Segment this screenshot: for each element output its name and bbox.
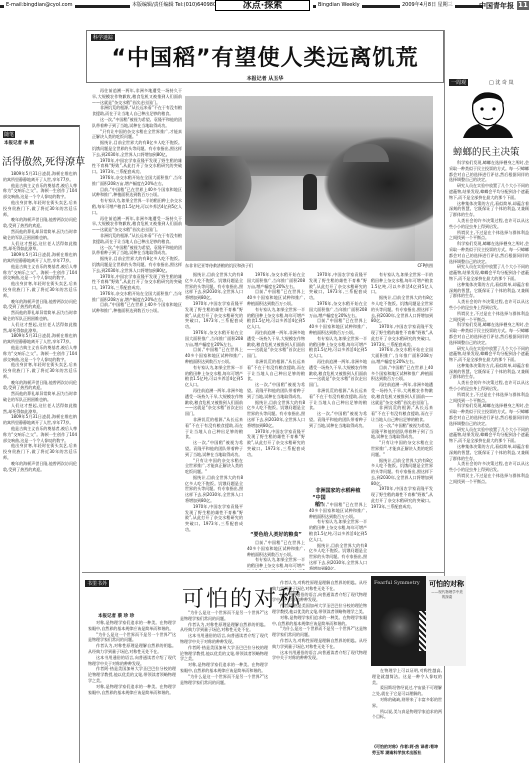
header-date: 2009年4月8日 星期三 [400, 2, 455, 8]
paragraph: 晚年的海顿声誉日隆,他曾两次访问伦敦,受到了热烈的欢迎。 [3, 217, 77, 229]
paragraph: 对称,是物理学家们追求的一种美。在物理学家眼中,自然界的基本规律应该是简单而和谐… [88, 684, 176, 696]
paragraph: 再往前追溯一两年,非洲多地遭受一场持久干旱,大规模农作物歉收,粮食危机又被推到人… [185, 388, 243, 417]
paragraph: 再往前追溯一两年,非洲多地遭受一场持久干旱,大规模农作物歉收,粮食危机又被推到人… [92, 216, 182, 233]
header-editor: 本版编辑/责任编辑 Tel:(010)64098041 [130, 2, 225, 8]
paragraph: 然而他的葬礼却异常简单,因为当时拿破仑的军队正围困维也纳。 [3, 310, 77, 322]
paragraph: 1970年,中国农学家袁隆平发现了野生稻的雄性不育株“野败”,从此打开了杂交水稻… [92, 158, 182, 175]
paragraph: 作者认为,对称性原理是理解自然界的钥匙。从经典力学到量子场论,对称性无处不在。 [88, 643, 176, 655]
paragraph: 1976年,杂交水稻开始在全国大面积推广,当年推广面积208万亩,增产幅度在20… [309, 301, 367, 318]
book-caption: 《可怕的对称》作者:阿·热 译者:荀坤 劳玉军 湖南科学技术出版社 [372, 744, 442, 755]
main-photo [185, 96, 433, 261]
newspaper-logo: 中国青年报 [479, 1, 514, 11]
right-column-tag: 一周观 [449, 79, 468, 86]
paragraph: 据统计,目前全世界大约有8亿多人吃不饱饭。饥饿问题是全世界的头等问题。有专家指出… [247, 400, 305, 429]
photo-credit: CFP供图 [417, 263, 433, 269]
paragraph: 1809年5月31日凌晨,海顿在维也纳的寓所里静静地离开了人世,享年77岁。 [3, 171, 77, 183]
subhead-2: 非洲国家的水稻种植 [309, 487, 367, 494]
paragraph: 目前,“中国稻”已在世界上40多个国家和地区试种和推广,种植面积达到数百万公顷。 [92, 187, 182, 199]
paragraph: 有专家认为,如果全世界一半的稻田种上杂交水稻,每年可增产粮食1.5亿吨,可以多养… [309, 336, 367, 359]
paragraph: 这种集体决策的方式,看似简单,却蕴含着深刻的智慧。它既保证了个体的利益,又兼顾了… [449, 201, 529, 218]
paragraph: 目前,“中国稻”已在世界上40多个国家和地区试种和推广,种植面积达到数百万公顷。 [247, 289, 305, 306]
paragraph: 晚年的海顿声誉日隆,他曾两次访问伦敦,受到了热烈的欢迎。 [3, 299, 77, 311]
body-column-2: 1976年,杂交水稻开始在全国大面积推广,当年推广面积208万亩,增产幅度在20… [247, 272, 305, 508]
paragraph: 1809年5月31日凌晨,海顿在维也纳的寓所里静静地离开了人世,享年77岁。 [3, 414, 77, 426]
main-headline: “中国稻”有望使人类远离饥荒 [87, 41, 443, 72]
main-lead-column: 再往前追溯一两年,非洲多地遭受一场持久干旱,大规模农作物歉收,粮食危机又被推到人… [92, 88, 182, 568]
paragraph: 所以说,美与真是物理学家追求的两个目标。 [372, 709, 442, 721]
paragraph: 然而他的葬礼却异常简单,因为当时拿破仑的军队正围困维也纳。 [3, 391, 77, 403]
bottom-column-4: 在物理学上可以证明,对称性越高,理论就越简洁。这是一种令人惊叹的美。 爱因斯坦曾… [372, 668, 442, 740]
bottom-story-byline: 本报记者 蔡 珍 珍 [98, 613, 134, 619]
paragraph: 他是古典主义音乐的奠基者,被后人尊称为“交响乐之父”。海顿一生创作了104部交响… [3, 264, 77, 281]
paragraph: 他出身贫寒,年轻时在街头卖艺,后来投身贵族门下,做了将近30年的宫廷乐师。 [3, 200, 77, 217]
left-rail-body: 1809年5月31日凌晨,海顿在维也纳的寓所里静静地离开了人世,享年77岁。 他… [3, 171, 77, 761]
paragraph: “为什么是这一个世界而不是另一个世界?”这是物理学家们常问的问题。 [180, 674, 268, 686]
paragraph: 对称的破缺,则带来了丰富多彩的世界。 [372, 697, 442, 709]
paragraph: 1809年5月31日凌晨,海顿在维也纳的寓所里静静地离开了人世,享年77岁。 [3, 252, 77, 264]
paragraph: 所谓民主,不过是在个体选择与群体利益之间找到一个平衡点。 [449, 230, 529, 242]
bottom-column-3: 作者认为,对称性原理是理解自然界的钥匙。从经典力学到量子场论,对称性无处不在。 … [272, 580, 367, 763]
paragraph: 爱因斯坦曾经说过,宇宙最不可理解之处,就在于它是可以理解的。 [372, 685, 442, 697]
paragraph: 人们这才想起,这位老人活得如此傲然,却死得如此潦草。 [3, 322, 77, 334]
paragraph: 作者认为,对称性原理是理解自然界的钥匙。从经典力学到量子场论,对称性无处不在。 [180, 622, 268, 634]
section-title: 冰点·探索 [215, 0, 310, 11]
left-rail-tag: 随笔 [3, 131, 15, 138]
paragraph: 目前,“中国稻”已在世界上40多个国家和地区试种和推广,种植面积达到数百万公顷。 [92, 302, 182, 314]
body-column-2b: 目前,“中国稻”已在世界上40多个国家和地区试种和推广,种植面积达到数百万公顷。… [247, 540, 305, 570]
book-cover-art [379, 606, 421, 648]
header-english-title: Bingdian Weekly [316, 2, 362, 8]
paragraph: 他出身贫寒,年轻时在街头卖艺,后来投身贵族门下,做了将近30年的宫廷乐师。 [3, 362, 77, 379]
paragraph: “只有让中国的杂交水稻在全世界推广,才能真正解决人类的吃饭问题。” [92, 129, 182, 141]
photo-crowd-left [185, 156, 255, 226]
paragraph: 这本书用通俗的语言,向普通读者介绍了现代物理学中关于对称的种种发现。 [180, 633, 268, 645]
photo-caption-row: 东非肯尼亚等待救济粮的饥民和孩子们 CFP供图 [185, 263, 433, 269]
paragraph: 有专家认为,如果全世界一半的稻田种上杂交水稻,每年可增产粮食1.5亿吨,可以多养… [185, 365, 243, 388]
paragraph: 有专家认为,如果全世界一半的稻田种上杂交水稻,每年可增产粮食1.5亿吨,可以多养… [247, 557, 305, 570]
paragraph: 所谓民主,不过是在个体选择与群体利益之间找到一个平衡点。 [449, 473, 529, 485]
paragraph: 据统计,目前全世界大约有8亿多人吃不饱饭。饥饿问题是全世界的头等问题。有专家指出… [92, 140, 182, 157]
paragraph: 据统计,目前全世界大约有8亿多人吃不饱饭。饥饿问题是全世界的头等问题。有专家指出… [309, 543, 367, 570]
main-byline: 本报记者 从玉华 [87, 75, 443, 82]
paragraph: 1970年,中国农学家袁隆平发现了野生稻的雄性不育株“野败”,从此打开了杂交水稻… [371, 324, 433, 347]
paragraph: 作者阿·热是美国加州大学圣巴巴拉分校的理论物理学教授,他以优美的文笔,带领读者领… [272, 603, 367, 615]
paragraph: “只有让中国的杂交水稻在全世界推广,才能真正解决人类的吃饭问题。” [185, 458, 243, 475]
paragraph: 1970年,中国农学家袁隆平发现了野生稻的雄性不育株“野败”,从此打开了杂交水稻… [247, 429, 305, 458]
paragraph: 1976年,杂交水稻开始在全国大面积推广,当年推广面积208万亩,增产幅度在20… [92, 175, 182, 187]
paragraph: 人类社会的许多决策过程,也许可以从这些小小的昆虫身上得到启发。 [449, 380, 529, 392]
paragraph: 这种集体决策的方式,看似简单,却蕴含着深刻的智慧。它既保证了个体的利益,又兼顾了… [449, 363, 529, 380]
paragraph: 非洲饥荒的根源,“从长远来看”不在于有没有粮食援助,而在于让当地人自己种出足够的… [92, 233, 182, 245]
paragraph: 作者认为,对称性原理是理解自然界的钥匙。从经典力学到量子场论,对称性无处不在。 [272, 638, 367, 650]
paragraph: 非洲饥荒的根源,“从长远来看”不在于有没有粮食援助,而在于让当地人自己种出足够的… [185, 417, 243, 440]
paragraph: 据统计,目前全世界大约有8亿多人吃不饱饭。饥饿问题是全世界的头等问题。有专家指出… [371, 295, 433, 324]
body-column-3: 1970年,中国农学家袁隆平发现了野生稻的雄性不育株“野败”,从此打开了杂交水稻… [309, 272, 367, 472]
paragraph: 这一次,“中国稻”被视为希望。袁隆平和他的团队带着种子到了当地,试种在当地取得成… [309, 411, 367, 428]
paragraph: 他出身贫寒,年轻时在街头卖艺,后来投身贵族门下,做了将近30年的宫廷乐师。 [3, 281, 77, 298]
paragraph: 目前,“中国稻”已在世界上40多个国家和地区试种和推广,种植面积达到数百万公顷。 [185, 347, 243, 364]
paragraph: 作者阿·热是美国加州大学圣巴巴拉分校的理论物理学教授,他以优美的文笔,带领读者领… [88, 666, 176, 683]
paragraph: 科学家们发现,蟑螂在选择栖身之所时,会采取一种类似于民主投票的方式。每一只蟑螂都… [449, 160, 529, 183]
author-portrait-icon [459, 90, 515, 138]
body-column-1: 据统计,目前全世界大约有8亿多人吃不饱饭。饥饿问题是全世界的头等问题。有专家指出… [185, 272, 243, 572]
paragraph: 据统计,目前全世界大约有8亿多人吃不饱饭。饥饿问题是全世界的头等问题。有专家指出… [371, 458, 433, 487]
paragraph: 1976年,杂交水稻开始在全国大面积推广,当年推广面积208万亩,增产幅度在20… [247, 272, 305, 289]
paragraph: “只有让中国的杂交水稻在全世界推广,才能真正解决人类的吃饭问题。” [371, 440, 433, 457]
paragraph: 他是古典主义音乐的奠基者,被后人尊称为“交响乐之父”。海顿一生创作了104部交响… [3, 345, 77, 362]
paragraph: 人们这才想起,这位老人活得如此傲然,却死得如此潦草。 [3, 241, 77, 253]
paragraph: 这本书用通俗的语言,向普通读者介绍了现代物理学中关于对称的种种发现。 [88, 655, 176, 667]
paragraph: “为什么是这一个世界而不是另一个世界?”这是物理学家们常问的问题。 [180, 610, 268, 622]
header-email: E-mail:bingdian@cyol.com [4, 2, 75, 8]
paragraph: 这一次,“中国稻”被视为希望。袁隆平和他的团队带着种子到了当地,试种在当地取得成… [371, 423, 433, 440]
body-column-3b: 目前,“中国稻”已在世界上40多个国家和地区试种和推广,种植面积达到数百万公顷。… [309, 502, 367, 570]
paragraph: 据统计,目前全世界大约有8亿多人吃不饱饭。饥饿问题是全世界的头等问题。有专家指出… [92, 256, 182, 273]
paragraph: 研究人员在实验中放置了几个大小不同的遮蔽物,结果发现,蟑螂会平均分配到各个遮蔽物… [449, 427, 529, 444]
book-cover-subtitle: ——现代物理学中美的探索 [431, 590, 463, 600]
paragraph: 人类社会的许多决策过程,也许可以从这些小小的昆虫身上得到启发。 [449, 461, 529, 473]
paragraph: 他是古典主义音乐的奠基者,被后人尊称为“交响乐之父”。海顿一生创作了104部交响… [3, 183, 77, 200]
paragraph: 1976年,杂交水稻开始在全国大面积推广,当年推广面积208万亩,增产幅度在20… [185, 330, 243, 347]
bottom-column-1: 对称,是物理学家们追求的一种美。在物理学家眼中,自然界的基本规律应该是简单而和谐… [88, 620, 176, 763]
section-divider [82, 572, 444, 573]
paragraph: 有专家认为,如果全世界一半的稻田种上杂交水稻,每年可增产粮食1.5亿吨,可以多养… [371, 272, 433, 295]
paragraph: 非洲饥荒的根源,“从长远来看”不在于有没有粮食援助,而在于让当地人自己种出足够的… [371, 405, 433, 422]
paragraph: 这一次,“中国稻”被视为希望。袁隆平和他的团队带着种子到了当地,试种在当地取得成… [247, 382, 305, 399]
paragraph: 作者认为,对称性原理是理解自然界的钥匙。从经典力学到量子场论,对称性无处不在。 [272, 580, 367, 592]
paragraph: 对称,是物理学家们追求的一种美。在物理学家眼中,自然界的基本规律应该是简单而和谐… [272, 615, 367, 627]
paragraph: 科学家们发现,蟑螂在选择栖身之所时,会采取一种类似于民主投票的方式。每一只蟑螂都… [449, 241, 529, 264]
paragraph: 1976年,杂交水稻开始在全国大面积推广,当年推广面积208万亩,增产幅度在20… [92, 291, 182, 303]
paragraph: 人们这才想起,这位老人活得如此傲然,却死得如此潦草。 [3, 403, 77, 415]
paragraph: 然而他的葬礼却异常简单,因为当时拿破仑的军队正围困维也纳。 [3, 229, 77, 241]
paragraph: 目前,“中国稻”已在世界上40多个国家和地区试种和推广,种植面积达到数百万公顷。 [247, 540, 305, 557]
paragraph: 1970年,中国农学家袁隆平发现了野生稻的雄性不育株“野败”,从此打开了杂交水稻… [309, 272, 367, 301]
page-number: 11 [517, 1, 529, 10]
paragraph: 这本书用通俗的语言,向普通读者介绍了现代物理学中关于对称的种种发现。 [272, 592, 367, 604]
subhead-1: “要色给人类好的粮食” [247, 531, 305, 538]
paragraph: 所谓民主,不过是在个体选择与群体利益之间找到一个平衡点。 [449, 392, 529, 404]
paragraph: 1970年,中国农学家袁隆平发现了野生稻的雄性不育株“野败”,从此打开了杂交水稻… [371, 486, 433, 509]
body-column-4: 有专家认为,如果全世界一半的稻田种上杂交水稻,每年可增产粮食1.5亿吨,可以多养… [371, 272, 433, 570]
paragraph: 目前,“中国稻”已在世界上40多个国家和地区试种和推广,种植面积达到数百万公顷。 [309, 502, 367, 519]
bottom-story-tag: 书里书外 [85, 580, 109, 587]
paragraph: 有专家认为,如果全世界一半的稻田种上杂交水稻,每年可增产粮食1.5亿吨,可以多养… [247, 307, 305, 330]
paragraph: 在物理学上可以证明,对称性越高,理论就越简洁。这是一种令人惊叹的美。 [372, 668, 442, 685]
photo-child [303, 174, 317, 210]
paragraph: 再往前追溯一两年,非洲多地遭受一场持久干旱,大规模农作物歉收,粮食危机又被推到人… [371, 382, 433, 405]
paragraph: 据统计,目前全世界大约有8亿多人吃不饱饭。饥饿问题是全世界的头等问题。有专家指出… [185, 272, 243, 301]
paragraph: 有专家认为,如果全世界一半的稻田种上杂交水稻,每年可增产粮食1.5亿吨,可以多养… [92, 198, 182, 215]
paragraph: 1970年,中国农学家袁隆平发现了野生稻的雄性不育株“野败”,从此打开了杂交水稻… [185, 301, 243, 330]
paragraph: 目前,“中国稻”已在世界上40多个国家和地区试种和推广,种植面积达到数百万公顷。 [371, 365, 433, 382]
right-column-body: 科学家们发现,蟑螂在选择栖身之所时,会采取一种类似于民主投票的方式。每一只蟑螂都… [449, 160, 529, 760]
paragraph: 再往前追溯一两年,非洲多地遭受一场持久干旱,大规模农作物歉收,粮食危机又被推到人… [309, 359, 367, 388]
paragraph: 所谓民主,不过是在个体选择与群体利益之间找到一个平衡点。 [449, 311, 529, 323]
paragraph: 目前,“中国稻”已在世界上40多个国家和地区试种和推广,种植面积达到数百万公顷。 [309, 318, 367, 335]
paragraph: 这本书用通俗的语言,向普通读者介绍了现代物理学中关于对称的种种发现。 [272, 650, 367, 662]
main-headline-box: 科学迷踪 “中国稻”有望使人类远离饥荒 本报记者 从玉华 [86, 30, 444, 83]
paragraph: 作者阿·热是美国加州大学圣巴巴拉分校的理论物理学教授,他以优美的文笔,带领读者领… [180, 645, 268, 662]
page-header: E-mail:bingdian@cyol.com 本版编辑/责任编辑 Tel:(… [0, 0, 530, 11]
paragraph: 再往前追溯一两年,非洲多地遭受一场持久干旱,大规模农作物歉收,粮食危机又被推到人… [92, 88, 182, 105]
bottom-column-2: “为什么是这一个世界而不是另一个世界?”这是物理学家们常问的问题。 作者认为,对… [180, 610, 268, 763]
paragraph: 非洲饥荒的根源,“从长远来看”不在于有没有粮食援助,而在于让当地人自己种出足够的… [247, 359, 305, 382]
paragraph: 他是古典主义音乐的奠基者,被后人尊称为“交响乐之父”。海顿一生创作了104部交响… [3, 426, 77, 443]
left-rail-byline: 本报记者 李 鹏 [4, 140, 34, 146]
paragraph: 这种集体决策的方式,看似简单,却蕴含着深刻的智慧。它既保证了个体的利益,又兼顾了… [449, 444, 529, 461]
paragraph: “为什么是这一个世界而不是另一个世界?”这是物理学家们常问的问题。 [272, 626, 367, 638]
paragraph: 人类社会的许多决策过程,也许可以从这些小小的昆虫身上得到启发。 [449, 218, 529, 230]
paragraph: 科学家们发现,蟑螂在选择栖身之所时,会采取一种类似于民主投票的方式。每一只蟑螂都… [449, 322, 529, 345]
paragraph: 据统计,目前全世界大约有8亿多人吃不饱饭。饥饿问题是全世界的头等问题。有专家指出… [185, 475, 243, 504]
book-cover-title: 可怕的对称 [429, 579, 464, 589]
main-kicker: 科学迷踪 [91, 34, 115, 41]
left-rail-title: 活得傲然,死得潦草 [2, 153, 85, 168]
paragraph: 这一次,“中国稻”被视为希望。袁隆平和他的团队带着种子到了当地,试种在当地取得成… [185, 440, 243, 457]
paragraph: 人类社会的许多决策过程,也许可以从这些小小的昆虫身上得到启发。 [449, 299, 529, 311]
left-rail-essay: 随笔 本报记者 李 鹏 活得傲然,死得潦草 1809年5月31日凌晨,海顿在维也… [0, 125, 80, 763]
paragraph: 研究人员在实验中放置了几个大小不同的遮蔽物,结果发现,蟑螂会平均分配到各个遮蔽物… [449, 346, 529, 363]
paragraph: 有专家认为,如果全世界一半的稻田种上杂交水稻,每年可增产粮食1.5亿吨,可以多养… [309, 519, 367, 542]
paragraph: 1809年5月31日凌晨,海顿在维也纳的寓所里静静地离开了人世,享年77岁。 [3, 333, 77, 345]
right-column-author: □ 沈 奇 岚 [489, 79, 514, 86]
paragraph: 1970年,中国农学家袁隆平发现了野生稻的雄性不育株“野败”,从此打开了杂交水稻… [92, 274, 182, 291]
paragraph: 这一次,“中国稻”被视为希望。袁隆平和他的团队带着种子到了当地,试种在当地取得成… [92, 245, 182, 257]
paragraph: 1970年,中国农学家袁隆平发现了野生稻的雄性不育株“野败”,从此打开了杂交水稻… [185, 504, 243, 533]
paragraph: 他出身贫寒,年轻时在街头卖艺,后来投身贵族门下,做了将近30年的宫廷乐师。 [3, 443, 77, 460]
paragraph: 晚年的海顿声誉日隆,他曾两次访问伦敦,受到了热烈的欢迎。 [3, 461, 77, 473]
paragraph: 对称,是物理学家们追求的一种美。在物理学家眼中,自然界的基本规律应该是简单而和谐… [88, 620, 176, 632]
paragraph: 非洲饥荒的根源,“从长远来看”不在于有没有粮食援助,而在于让当地人自己种出足够的… [309, 388, 367, 411]
paragraph: 对称,是物理学家们追求的一种美。在物理学家眼中,自然界的基本规律应该是简单而和谐… [180, 662, 268, 674]
right-column-title: 蟑螂的民主决策 [453, 144, 520, 158]
paragraph: 研究人员在实验中放置了几个大小不同的遮蔽物,结果发现,蟑螂会平均分配到各个遮蔽物… [449, 264, 529, 281]
book-cover-english-title: Fearful Symmetry [374, 580, 420, 586]
paragraph: 晚年的海顿声誉日隆,他曾两次访问伦敦,受到了热烈的欢迎。 [3, 380, 77, 392]
paragraph: 研究人员在实验中放置了几个大小不同的遮蔽物,结果发现,蟑螂会平均分配到各个遮蔽物… [449, 183, 529, 200]
paragraph: 科学家们发现,蟑螂在选择栖身之所时,会采取一种类似于民主投票的方式。每一只蟑螂都… [449, 403, 529, 426]
paragraph: 非洲饥荒的根源,“从长远来看”不在于有没有粮食援助,而在于让当地人自己种出足够的… [92, 105, 182, 117]
paragraph: 这一次,“中国稻”被视为希望。袁隆平和他的团队带着种子到了当地,试种在当地取得成… [92, 117, 182, 129]
book-cover-image: Fearful Symmetry 可怕的对称 ——现代物理学中美的探索 [371, 576, 466, 666]
paragraph: “为什么是这一个世界而不是另一个世界?”这是物理学家们常问的问题。 [88, 632, 176, 644]
paragraph: 这种集体决策的方式,看似简单,却蕴含着深刻的智慧。它既保证了个体的利益,又兼顾了… [449, 282, 529, 299]
paragraph: 再往前追溯一两年,非洲多地遭受一场持久干旱,大规模农作物歉收,粮食危机又被推到人… [247, 330, 305, 359]
paragraph: 1976年,杂交水稻开始在全国大面积推广,当年推广面积208万亩,增产幅度在20… [371, 347, 433, 364]
photo-caption: 东非肯尼亚等待救济粮的饥民和孩子们 [185, 263, 253, 268]
